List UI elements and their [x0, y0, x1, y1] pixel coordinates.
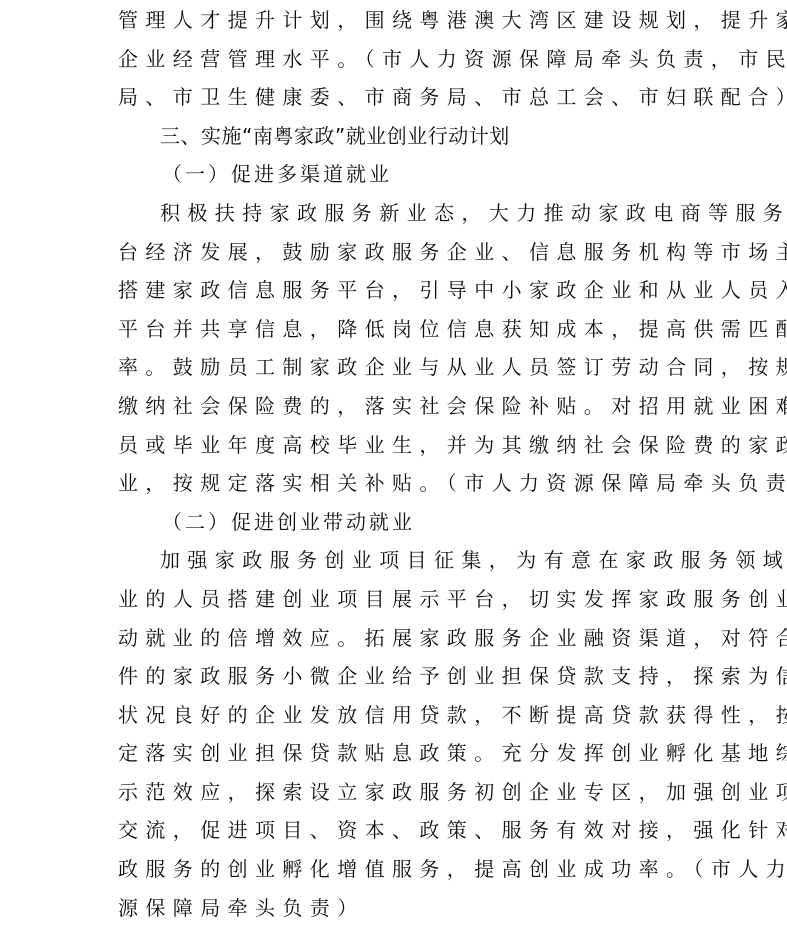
text-line: 缴纳社会保险费的，落实社会保险补贴。对招用就业困难人: [118, 387, 678, 426]
text-line: 积极扶持家政服务新业态，大力推动家政电商等服务平: [118, 194, 678, 233]
text-line: 动就业的倍增效应。拓展家政服务企业融资渠道，对符合条: [118, 619, 678, 658]
paragraph-multichannel-employment: 积极扶持家政服务新业态，大力推动家政电商等服务平 台经济发展，鼓励家政服务企业、…: [118, 194, 678, 503]
paragraph-continuation: 管理人才提升计划，围绕粤港澳大湾区建设规划，提升家政 企业经营管理水平。（市人力…: [118, 1, 678, 117]
text-line: 加强家政服务创业项目征集，为有意在家政服务领域创: [118, 541, 678, 580]
text-line: 搭建家政信息服务平台，引导中小家政企业和从业人员入驻: [118, 271, 678, 310]
text-line: 率。鼓励员工制家政企业与从业人员签订劳动合同，按规定: [118, 348, 678, 387]
text-line: 局、市卫生健康委、市商务局、市总工会、市妇联配合）: [118, 78, 678, 117]
text-line: 政服务的创业孵化增值服务，提高创业成功率。（市人力资: [118, 850, 678, 889]
text-line: 企业经营管理水平。（市人力资源保障局牵头负责，市民政: [118, 40, 678, 79]
text-line: 源保障局牵头负责）: [118, 889, 678, 928]
subsection-heading: （一）促进多渠道就业: [118, 155, 678, 194]
text-line: 业的人员搭建创业项目展示平台，切实发挥家政服务创业带: [118, 580, 678, 619]
text-line: 员或毕业年度高校毕业生，并为其缴纳社会保险费的家政企: [118, 426, 678, 465]
text-line: 交流，促进项目、资本、政策、服务有效对接，强化针对家: [118, 811, 678, 850]
text-line: 状况良好的企业发放信用贷款，不断提高贷款获得性，按规: [118, 696, 678, 735]
text-line: 定落实创业担保贷款贴息政策。充分发挥创业孵化基地综合: [118, 734, 678, 773]
text-line: 台经济发展，鼓励家政服务企业、信息服务机构等市场主体: [118, 233, 678, 272]
text-line: 件的家政服务小微企业给予创业担保贷款支持，探索为信用: [118, 657, 678, 696]
paragraph-entrepreneurship-employment: 加强家政服务创业项目征集，为有意在家政服务领域创 业的人员搭建创业项目展示平台，…: [118, 541, 678, 927]
text-line: 管理人才提升计划，围绕粤港澳大湾区建设规划，提升家政: [118, 1, 678, 40]
subsection-heading: （二）促进创业带动就业: [118, 503, 678, 542]
text-line: 示范效应，探索设立家政服务初创企业专区，加强创业项目: [118, 773, 678, 812]
text-line: 平台并共享信息，降低岗位信息获知成本，提高供需匹配效: [118, 310, 678, 349]
section-heading: 三、实施“南粤家政”就业创业行动计划: [118, 117, 678, 156]
document-page: 管理人才提升计划，围绕粤港澳大湾区建设规划，提升家政 企业经营管理水平。（市人力…: [118, 1, 678, 927]
text-line: 业，按规定落实相关补贴。（市人力资源保障局牵头负责）: [118, 464, 678, 503]
